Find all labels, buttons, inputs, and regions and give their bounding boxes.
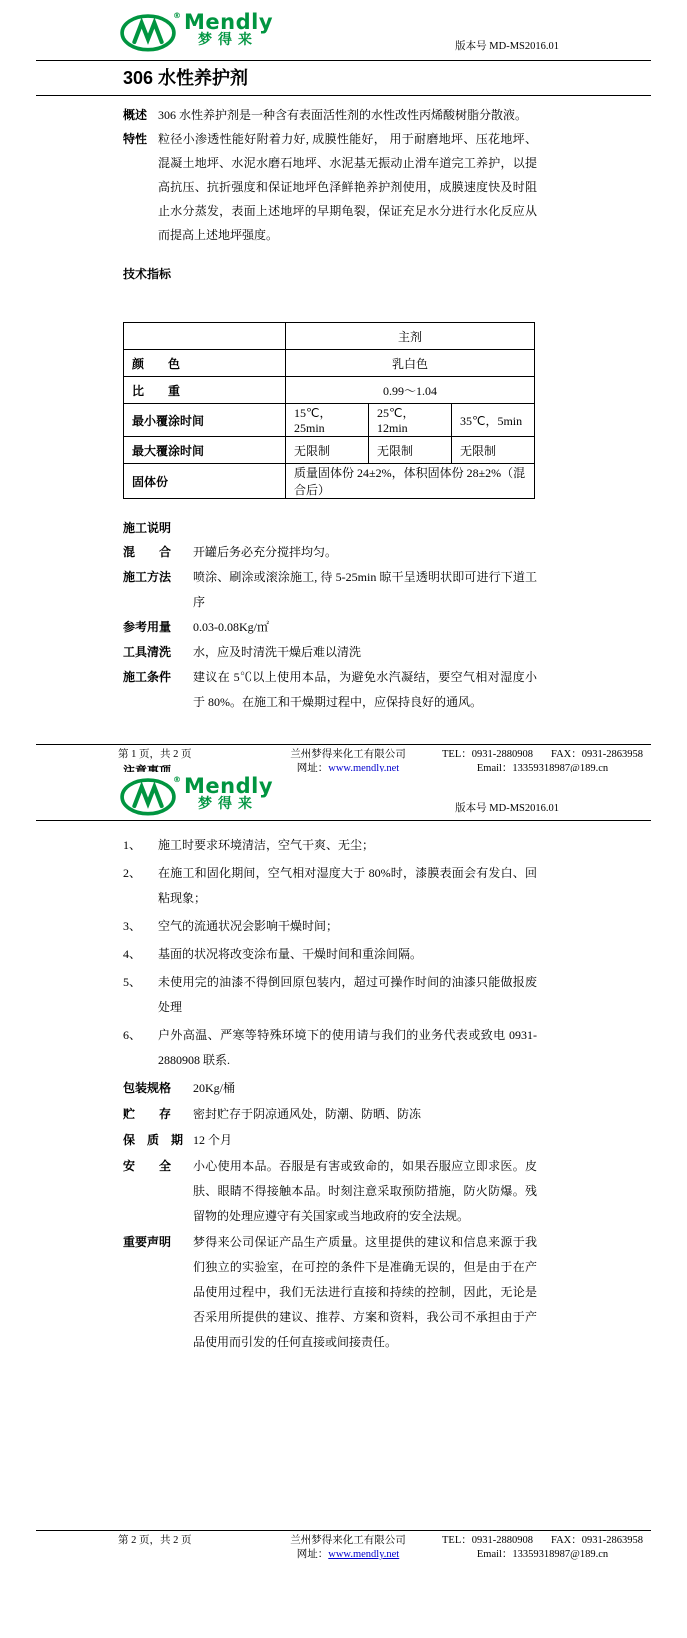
brand-wordmark: Mendly 梦得来 — [184, 776, 273, 813]
application-method-label: 施工方法 — [123, 565, 193, 615]
table-row: 比 重 0.99～1.04 — [124, 377, 535, 404]
features-text: 粒径小渗透性能好附着力好, 成膜性能好， 用于耐磨地坪、压花地坪、混凝土地坪、水… — [158, 127, 537, 247]
coverage-row: 参考用量 0.03-0.08Kg/㎡ — [123, 615, 537, 640]
disclaimer-label: 重要声明 — [123, 1230, 193, 1355]
note-number: 2、 — [123, 861, 158, 911]
footer-contact-block: TEL：0931-2880908 FAX：0931-2863958 Email：… — [438, 748, 647, 772]
note-item-4: 4、 基面的状况将改变涂布量、干燥时间和重涂间隔。 — [123, 942, 537, 967]
mixing-text: 开罐后务必充分搅拌均匀。 — [193, 540, 537, 565]
note-text: 空气的流通状况会影响干燥时间； — [158, 914, 537, 939]
note-number: 4、 — [123, 942, 158, 967]
brand-name-cn: 梦得来 — [198, 32, 273, 49]
specific-gravity-value: 0.99～1.04 — [286, 377, 535, 404]
footer-body: 第 1 页，共 2 页 兰州梦得来化工有限公司 网址：www.mendly.ne… — [118, 748, 647, 772]
header-rule — [36, 60, 651, 61]
max-recoat-35c: 无限制 — [452, 437, 535, 464]
note-text: 在施工和固化期间，空气相对湿度大于 80%时，漆膜表面会有发白、回粘现象； — [158, 861, 537, 911]
page1-content: 概述 306 水性养护剂是一种含有表面活性剂的水性改性丙烯酸树脂分散液。 特性 … — [123, 103, 537, 772]
note-number: 1、 — [123, 833, 158, 858]
max-recoat-25c: 无限制 — [369, 437, 452, 464]
brand-wordmark: Mendly 梦得来 — [184, 12, 273, 49]
note-text: 施工时要求环境清洁，空气干爽、无尘； — [158, 833, 537, 858]
page1-footer: 第 1 页，共 2 页 兰州梦得来化工有限公司 网址：www.mendly.ne… — [0, 744, 687, 772]
coverage-label: 参考用量 — [123, 615, 193, 640]
tool-cleaning-text: 水，应及时清洗干燥后难以清洗 — [193, 640, 537, 665]
note-text: 未使用完的油漆不得倒回原包装内，超过可操作时间的油漆只能做报废处理 — [158, 970, 537, 1020]
packaging-text: 20Kg/桶 — [193, 1076, 537, 1101]
table-row: 固体份 质量固体份 24±2%，体积固体份 28±2%（混合后） — [124, 464, 535, 499]
min-recoat-35c: 35℃，5min — [452, 404, 535, 437]
min-recoat-15c: 15℃，25min — [286, 404, 369, 437]
tech-specs-table: 主剂 颜 色 乳白色 比 重 0.99～1.04 最小覆涂时间 15℃，25mi… — [123, 322, 535, 499]
website-label: 网址： — [297, 1549, 329, 1560]
specific-gravity-label: 比 重 — [124, 377, 286, 404]
application-conditions-text: 建议在 5℃以上使用本品，为避免水汽凝结，要空气相对湿度小于 80%。在施工和干… — [193, 665, 537, 715]
application-conditions-label: 施工条件 — [123, 665, 193, 715]
min-recoat-label: 最小覆涂时间 — [124, 404, 286, 437]
solids-value: 质量固体份 24±2%，体积固体份 28±2%（混合后） — [286, 464, 535, 499]
website-link[interactable]: www.mendly.net — [328, 1549, 399, 1560]
shelf-life-row: 保 质 期 12 个月 — [123, 1128, 537, 1153]
overview-text: 306 水性养护剂是一种含有表面活性剂的水性改性丙烯酸树脂分散液。 — [158, 103, 537, 127]
mendly-logo: ® Mendly 梦得来 — [118, 776, 273, 816]
overview-row: 概述 306 水性养护剂是一种含有表面活性剂的水性改性丙烯酸树脂分散液。 — [123, 103, 537, 127]
table-row: 主剂 — [124, 323, 535, 350]
note-number: 6、 — [123, 1023, 158, 1073]
registered-mark: ® — [173, 775, 181, 784]
brand-name-en: Mendly — [184, 776, 273, 796]
tech-specs-heading: 技术指标 — [123, 262, 537, 286]
packaging-label: 包装规格 — [123, 1076, 193, 1101]
tel-fax-line: TEL：0931-2880908 FAX：0931-2863958 — [438, 1534, 647, 1548]
shelf-life-text: 12 个月 — [193, 1128, 537, 1153]
page2-content: 1、 施工时要求环境清洁，空气干爽、无尘； 2、 在施工和固化期间，空气相对湿度… — [123, 833, 537, 1355]
table-row: 最小覆涂时间 15℃，25min 25℃，12min 35℃，5min — [124, 404, 535, 437]
color-label: 颜 色 — [124, 350, 286, 377]
tel-fax-line: TEL：0931-2880908 FAX：0931-2863958 — [438, 748, 647, 762]
brand-name-en: Mendly — [184, 12, 273, 32]
application-method-row: 施工方法 喷涂、刷涂或滚涂施工, 待 5-25min 晾干呈透明状即可进行下道工… — [123, 565, 537, 615]
disclaimer-row: 重要声明 梦得来公司保证产品生产质量。这里提供的建议和信息来源于我们独立的实验室… — [123, 1230, 537, 1355]
footer-company-block: 兰州梦得来化工有限公司 网址：www.mendly.net — [258, 748, 438, 772]
features-row: 特性 粒径小渗透性能好附着力好, 成膜性能好， 用于耐磨地坪、压花地坪、混凝土地… — [123, 127, 537, 247]
safety-label: 安 全 — [123, 1154, 193, 1229]
version-label: 版本号 MD-MS2016.01 — [455, 38, 559, 53]
note-item-2: 2、 在施工和固化期间，空气相对湿度大于 80%时，漆膜表面会有发白、回粘现象； — [123, 861, 537, 911]
safety-text: 小心使用本品。吞服是有害或致命的，如果吞服应立即求医。皮肤、眼睛不得接触本品。时… — [193, 1154, 537, 1229]
note-text: 基面的状况将改变涂布量、干燥时间和重涂间隔。 — [158, 942, 537, 967]
registered-mark: ® — [173, 11, 181, 20]
mixing-label: 混 合 — [123, 540, 193, 565]
note-item-1: 1、 施工时要求环境清洁，空气干爽、无尘； — [123, 833, 537, 858]
brand-name-cn: 梦得来 — [198, 796, 273, 813]
website-link[interactable]: www.mendly.net — [328, 763, 399, 772]
email-address: Email：13359318987@189.cn — [438, 1548, 647, 1562]
tel-number: TEL：0931-2880908 — [442, 1534, 533, 1548]
header-rule — [36, 820, 651, 821]
note-item-5: 5、 未使用完的油漆不得倒回原包装内，超过可操作时间的油漆只能做报废处理 — [123, 970, 537, 1020]
overview-label: 概述 — [123, 103, 158, 127]
mendly-logo: ® Mendly 梦得来 — [118, 12, 273, 52]
storage-row: 贮 存 密封贮存于阴凉通风处，防潮、防晒、防冻 — [123, 1102, 537, 1127]
page-2: ® Mendly 梦得来 版本号 MD-MS2016.01 1、 施工时要求环境… — [0, 772, 687, 1638]
solids-label: 固体份 — [124, 464, 286, 499]
tool-cleaning-label: 工具清洗 — [123, 640, 193, 665]
note-text: 户外高温、严寒等特殊环境下的使用请与我们的业务代表或致电 0931-288090… — [158, 1023, 537, 1073]
construction-heading: 施工说明 — [123, 516, 537, 540]
company-name: 兰州梦得来化工有限公司 — [258, 1534, 438, 1548]
note-number: 3、 — [123, 914, 158, 939]
page1-header: ® Mendly 梦得来 版本号 MD-MS2016.01 — [0, 0, 687, 60]
max-recoat-label: 最大覆涂时间 — [124, 437, 286, 464]
title-rule — [36, 95, 651, 96]
application-conditions-row: 施工条件 建议在 5℃以上使用本品，为避免水汽凝结，要空气相对湿度小于 80%。… — [123, 665, 537, 715]
coverage-text: 0.03-0.08Kg/㎡ — [193, 615, 537, 640]
tel-number: TEL：0931-2880908 — [442, 748, 533, 762]
fax-number: FAX：0931-2863958 — [551, 748, 643, 762]
website-line: 网址：www.mendly.net — [258, 1548, 438, 1562]
page-1: ® Mendly 梦得来 版本号 MD-MS2016.01 306 水性养护剂 … — [0, 0, 687, 772]
mendly-logo-icon — [118, 776, 178, 816]
safety-row: 安 全 小心使用本品。吞服是有害或致命的，如果吞服应立即求医。皮肤、眼睛不得接触… — [123, 1154, 537, 1229]
storage-label: 贮 存 — [123, 1102, 193, 1127]
max-recoat-15c: 无限制 — [286, 437, 369, 464]
fax-number: FAX：0931-2863958 — [551, 1534, 643, 1548]
note-number: 5、 — [123, 970, 158, 1020]
website-label: 网址： — [297, 763, 329, 772]
note-item-3: 3、 空气的流通状况会影响干燥时间； — [123, 914, 537, 939]
note-item-6: 6、 户外高温、严寒等特殊环境下的使用请与我们的业务代表或致电 0931-288… — [123, 1023, 537, 1073]
application-method-text: 喷涂、刷涂或滚涂施工, 待 5-25min 晾干呈透明状即可进行下道工序 — [193, 565, 537, 615]
page-number: 第 1 页，共 2 页 — [118, 748, 258, 772]
shelf-life-label: 保 质 期 — [123, 1128, 193, 1153]
table-cell-empty — [124, 323, 286, 350]
company-name: 兰州梦得来化工有限公司 — [258, 748, 438, 762]
footer-rule — [36, 1530, 651, 1531]
packaging-row: 包装规格 20Kg/桶 — [123, 1076, 537, 1101]
tool-cleaning-row: 工具清洗 水，应及时清洗干燥后难以清洗 — [123, 640, 537, 665]
footer-company-block: 兰州梦得来化工有限公司 网址：www.mendly.net — [258, 1534, 438, 1562]
email-address: Email：13359318987@189.cn — [438, 762, 647, 772]
table-header-main-agent: 主剂 — [286, 323, 535, 350]
features-label: 特性 — [123, 127, 158, 247]
product-title: 306 水性养护剂 — [123, 66, 537, 91]
table-row: 最大覆涂时间 无限制 无限制 无限制 — [124, 437, 535, 464]
mendly-logo-icon — [118, 12, 178, 52]
page-number: 第 2 页，共 2 页 — [118, 1534, 258, 1562]
disclaimer-text: 梦得来公司保证产品生产质量。这里提供的建议和信息来源于我们独立的实验室，在可控的… — [193, 1230, 537, 1355]
storage-text: 密封贮存于阴凉通风处，防潮、防晒、防冻 — [193, 1102, 537, 1127]
page2-header: ® Mendly 梦得来 版本号 MD-MS2016.01 — [0, 772, 687, 820]
table-row: 颜 色 乳白色 — [124, 350, 535, 377]
mixing-row: 混 合 开罐后务必充分搅拌均匀。 — [123, 540, 537, 565]
min-recoat-25c: 25℃，12min — [369, 404, 452, 437]
footer-rule — [36, 744, 651, 745]
color-value: 乳白色 — [286, 350, 535, 377]
version-label: 版本号 MD-MS2016.01 — [455, 800, 559, 815]
footer-contact-block: TEL：0931-2880908 FAX：0931-2863958 Email：… — [438, 1534, 647, 1562]
website-line: 网址：www.mendly.net — [258, 762, 438, 772]
page2-footer: 第 2 页，共 2 页 兰州梦得来化工有限公司 网址：www.mendly.ne… — [0, 1530, 687, 1562]
footer-body: 第 2 页，共 2 页 兰州梦得来化工有限公司 网址：www.mendly.ne… — [118, 1534, 647, 1562]
